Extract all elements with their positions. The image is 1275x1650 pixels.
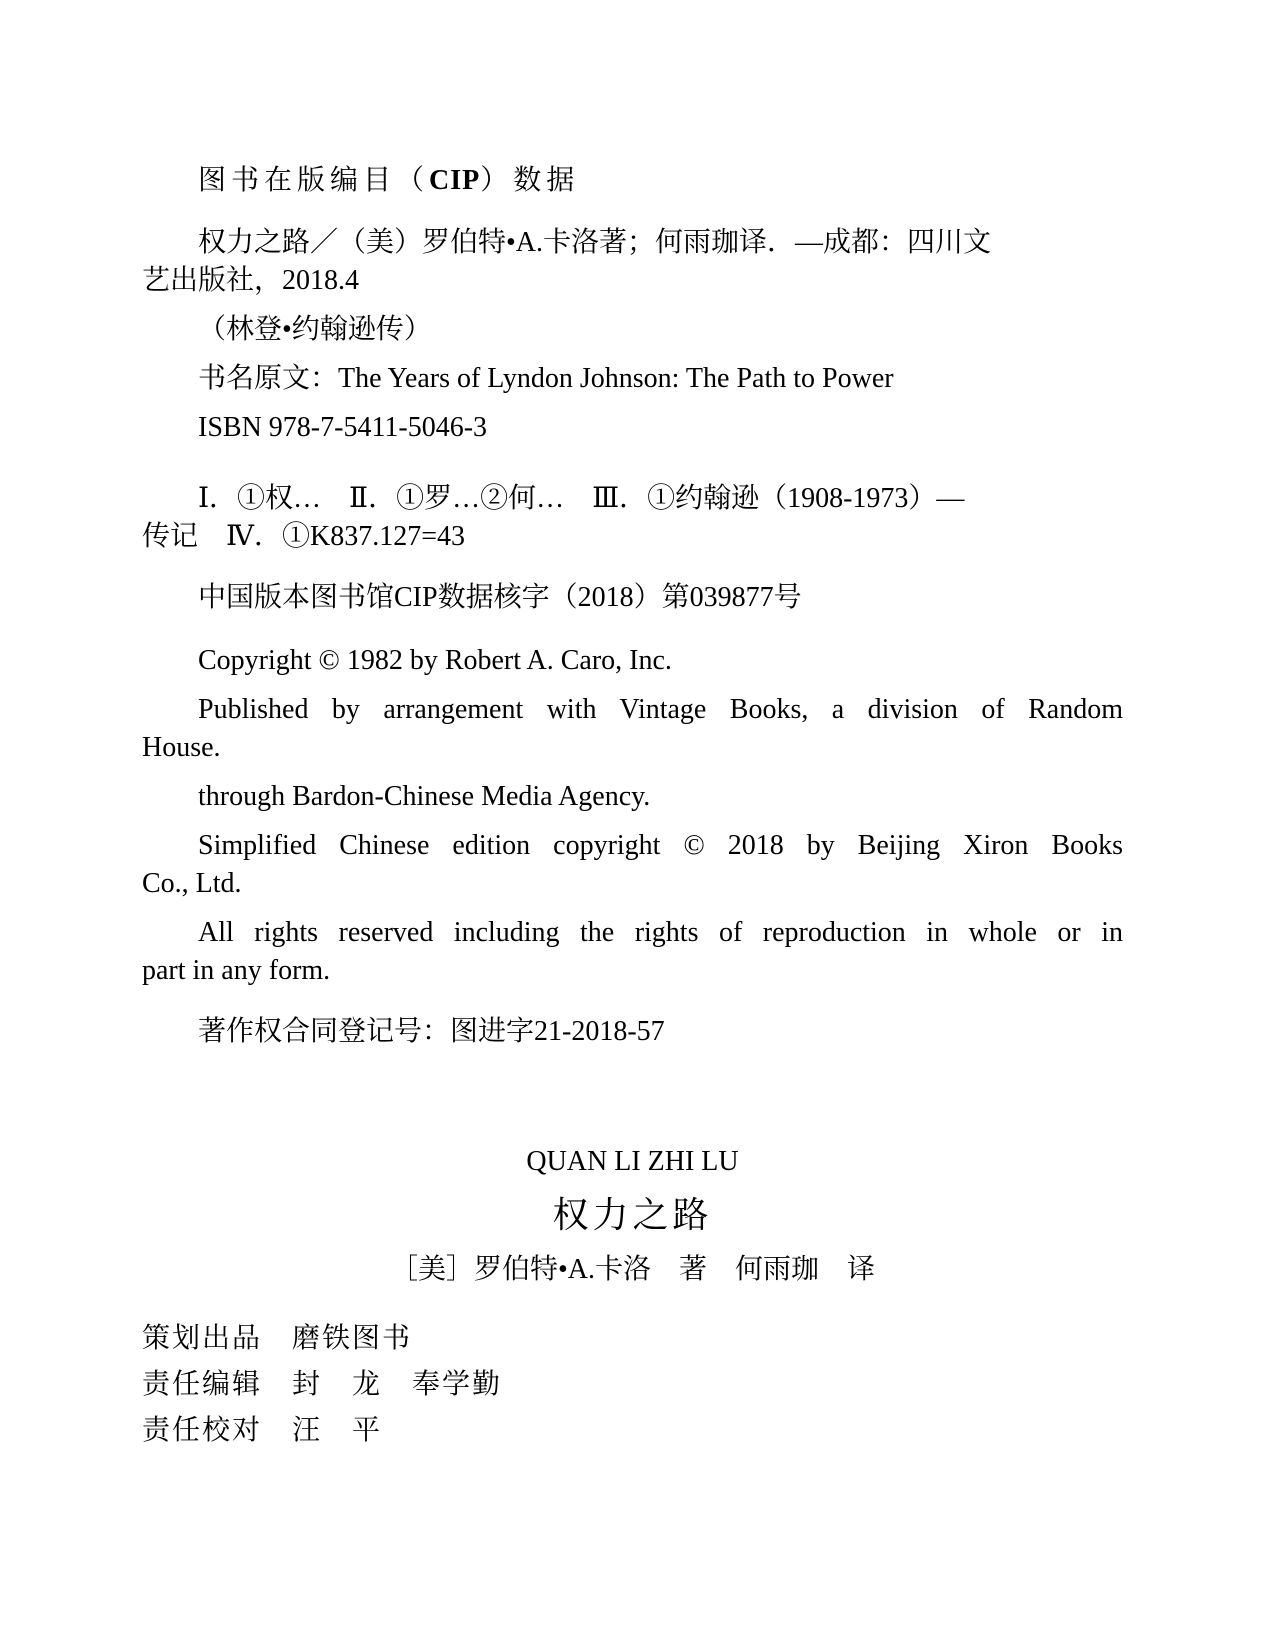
- agency-paragraph: through Bardon-Chinese Media Agency.: [142, 778, 1123, 816]
- publish-arrangement-line-1: Published by arrangement with Vintage Bo…: [142, 691, 1123, 729]
- series-note-paragraph: （林登•约翰逊传）: [142, 311, 1123, 349]
- series-note: （林登•约翰逊传）: [142, 311, 1123, 349]
- classification-line-1: Ⅰ．①权… Ⅱ．①罗…②何… Ⅲ．①约翰逊（1908-1973）—: [142, 480, 1123, 518]
- publish-arrangement-line-2: House.: [142, 729, 1123, 767]
- original-title-line: 书名原文：The Years of Lyndon Johnson: The Pa…: [142, 360, 1123, 398]
- rights-reserved-line-1: All rights reserved including the rights…: [142, 914, 1123, 952]
- copyright-line: Copyright © 1982 by Robert A. Caro, Inc.: [142, 642, 1123, 680]
- cip-entry-line-1: 权力之路／（美）罗伯特•A.卡洛著；何雨珈译．—成都：四川文: [142, 224, 1123, 262]
- cip-heading: 图书在版编目（CIP）数据: [142, 162, 1123, 200]
- page-content: 图书在版编目（CIP）数据 权力之路／（美）罗伯特•A.卡洛著；何雨珈译．—成都…: [142, 0, 1123, 1454]
- simplified-edition-paragraph: Simplified Chinese edition copyright © 2…: [142, 827, 1123, 903]
- pinyin-title: QUAN LI ZHI LU: [142, 1143, 1123, 1181]
- cip-code: CIP: [429, 165, 480, 196]
- isbn-line: ISBN 978-7-5411-5046-3: [142, 409, 1123, 447]
- book-copyright-page: 图书在版编目（CIP）数据 权力之路／（美）罗伯特•A.卡洛著；何雨珈译．—成都…: [0, 0, 1275, 1650]
- rights-reserved-line-2: part in any form.: [142, 952, 1123, 990]
- book-title: 权力之路: [142, 1189, 1123, 1241]
- cip-registry-paragraph: 中国版本图书馆CIP数据核字（2018）第039877号: [142, 579, 1123, 617]
- proofreader-line: 责任校对 汪 平: [142, 1408, 1123, 1454]
- publish-arrangement-paragraph: Published by arrangement with Vintage Bo…: [142, 691, 1123, 767]
- cip-heading-pre: 图书在版编目（: [198, 165, 429, 196]
- registration-number-paragraph: 著作权合同登记号：图进字21-2018-57: [142, 1013, 1123, 1051]
- producer-line: 策划出品 磨铁图书: [142, 1316, 1123, 1362]
- classification-line-2: 传记 Ⅳ．①K837.127=43: [142, 518, 1123, 556]
- byline-paragraph: ［美］罗伯特•A.卡洛 著 何雨珈 译: [142, 1251, 1123, 1289]
- cip-entry-paragraph: 权力之路／（美）罗伯特•A.卡洛著；何雨珈译．—成都：四川文 艺出版社，2018…: [142, 224, 1123, 300]
- agency-line: through Bardon-Chinese Media Agency.: [142, 778, 1123, 816]
- simplified-edition-line-2: Co., Ltd.: [142, 865, 1123, 903]
- simplified-edition-line-1: Simplified Chinese edition copyright © 2…: [142, 827, 1123, 865]
- registration-number-line: 著作权合同登记号：图进字21-2018-57: [142, 1013, 1123, 1051]
- staff-block: 策划出品 磨铁图书 责任编辑 封 龙 奉学勤 责任校对 汪 平: [142, 1316, 1123, 1454]
- book-title-paragraph: 权力之路: [142, 1189, 1123, 1241]
- cip-registry-line: 中国版本图书馆CIP数据核字（2018）第039877号: [142, 579, 1123, 617]
- cip-entry-line-2: 艺出版社，2018.4: [142, 262, 1123, 300]
- classification-paragraph: Ⅰ．①权… Ⅱ．①罗…②何… Ⅲ．①约翰逊（1908-1973）— 传记 Ⅳ．①…: [142, 480, 1123, 556]
- isbn-paragraph: ISBN 978-7-5411-5046-3: [142, 409, 1123, 447]
- original-title-paragraph: 书名原文：The Years of Lyndon Johnson: The Pa…: [142, 360, 1123, 398]
- pinyin-title-paragraph: QUAN LI ZHI LU: [142, 1143, 1123, 1181]
- copyright-paragraph: Copyright © 1982 by Robert A. Caro, Inc.: [142, 642, 1123, 680]
- editor-line: 责任编辑 封 龙 奉学勤: [142, 1362, 1123, 1408]
- cip-heading-post: ）数据: [480, 165, 579, 196]
- rights-reserved-paragraph: All rights reserved including the rights…: [142, 914, 1123, 990]
- cip-heading-line: 图书在版编目（CIP）数据: [142, 162, 1123, 200]
- byline: ［美］罗伯特•A.卡洛 著 何雨珈 译: [142, 1251, 1123, 1289]
